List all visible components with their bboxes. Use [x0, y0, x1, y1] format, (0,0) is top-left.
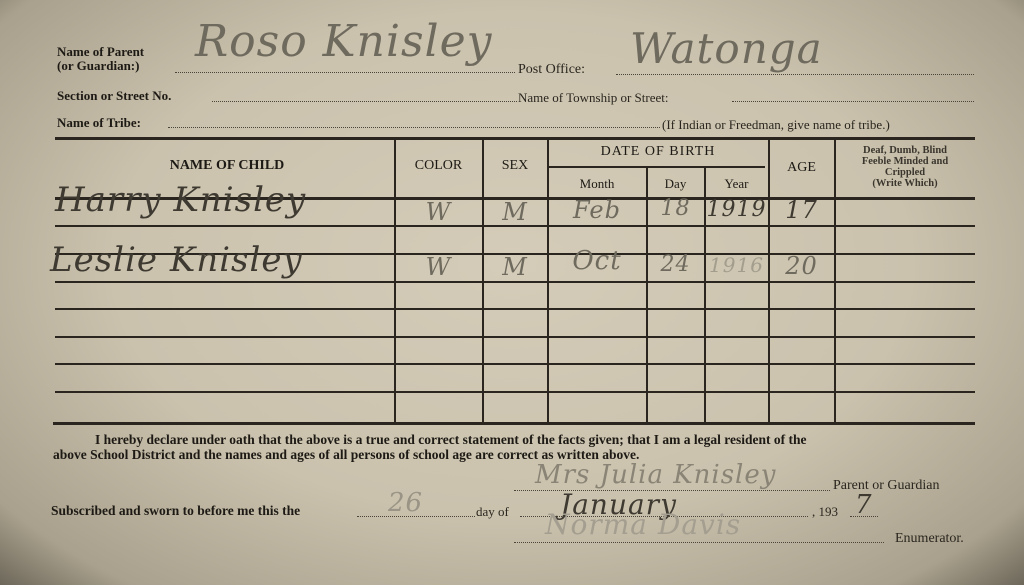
- dob-subheader-divider: [548, 166, 765, 168]
- child-age: 20: [769, 252, 834, 280]
- col-header-condition: Deaf, Dumb, Blind Feeble Minded and Crip…: [835, 145, 975, 189]
- condition-line3: Crippled: [835, 167, 975, 178]
- table-bottom-border: [53, 422, 975, 425]
- col-header-month: Month: [548, 176, 646, 192]
- child-color: W: [395, 253, 482, 281]
- col-header-name: NAME OF CHILD: [60, 158, 394, 174]
- col-divider: [394, 140, 396, 422]
- child-color: W: [395, 198, 482, 226]
- section-field-line: [212, 101, 517, 102]
- enumerator-signature: Norma Davis: [545, 508, 741, 541]
- year-prefix: 193: [819, 504, 839, 519]
- child-name: Harry Knisley: [55, 180, 306, 220]
- col-header-year: Year: [705, 176, 768, 192]
- declaration-line1: I hereby declare under oath that the abo…: [95, 432, 807, 448]
- census-form: Name of Parent (or Guardian:) Roso Knisl…: [0, 0, 1024, 585]
- township-label: Name of Township or Street:: [518, 90, 669, 106]
- birth-month: Oct: [548, 246, 646, 276]
- township-field-line: [732, 101, 974, 102]
- child-sex: M: [483, 253, 547, 281]
- row-line: [55, 308, 975, 310]
- birth-month: Feb: [548, 196, 646, 224]
- parent-field-line: [175, 72, 515, 73]
- parent-name-value: Roso Knisley: [195, 16, 493, 67]
- child-age: 17: [769, 196, 834, 224]
- col-header-sex: SEX: [483, 158, 547, 174]
- child-sex: M: [483, 198, 547, 226]
- row-line: [55, 336, 975, 338]
- year-suffix: 7: [855, 490, 873, 520]
- col-header-day: Day: [647, 176, 704, 192]
- col-header-age: AGE: [769, 160, 834, 176]
- section-label: Section or Street No.: [57, 88, 171, 104]
- tribe-note: (If Indian or Freedman, give name of tri…: [662, 117, 890, 133]
- birth-year: 1916: [705, 253, 768, 277]
- parent-label-line2: (or Guardian:): [57, 59, 144, 73]
- post-office-label: Post Office:: [518, 62, 585, 78]
- birth-year: 1919: [705, 197, 768, 222]
- enumerator-signature-line: [514, 542, 884, 543]
- col-header-color: COLOR: [395, 158, 482, 174]
- child-name: Leslie Knisley: [50, 240, 303, 280]
- col-header-dob: DATE OF BIRTH: [548, 144, 768, 160]
- parent-label-line1: Name of Parent: [57, 45, 144, 59]
- table-top-border: [55, 137, 975, 140]
- parent-label: Name of Parent (or Guardian:): [57, 45, 144, 73]
- enumerator-label: Enumerator.: [895, 531, 964, 547]
- tribe-label: Name of Tribe:: [57, 115, 141, 131]
- condition-line4: (Write Which): [835, 178, 975, 189]
- row-line: [55, 281, 975, 283]
- sworn-label: Subscribed and sworn to before me this t…: [51, 503, 300, 519]
- day-of-label: day of: [476, 504, 509, 520]
- year-prefix-label: , 193: [812, 504, 838, 520]
- sworn-day: 26: [388, 488, 423, 518]
- row-line: [55, 391, 975, 393]
- row-line: [55, 363, 975, 365]
- col-divider: [482, 140, 484, 422]
- birth-day: 24: [647, 252, 704, 277]
- condition-line2: Feeble Minded and: [835, 156, 975, 167]
- post-office-value: Watonga: [630, 24, 823, 73]
- condition-line1: Deaf, Dumb, Blind: [835, 145, 975, 156]
- birth-day: 18: [647, 196, 704, 221]
- post-office-field-line: [616, 74, 974, 75]
- col-divider: [768, 140, 770, 422]
- tribe-field-line: [168, 127, 660, 128]
- parent-signature: Mrs Julia Knisley: [535, 460, 776, 490]
- parent-guardian-label: Parent or Guardian: [833, 478, 940, 494]
